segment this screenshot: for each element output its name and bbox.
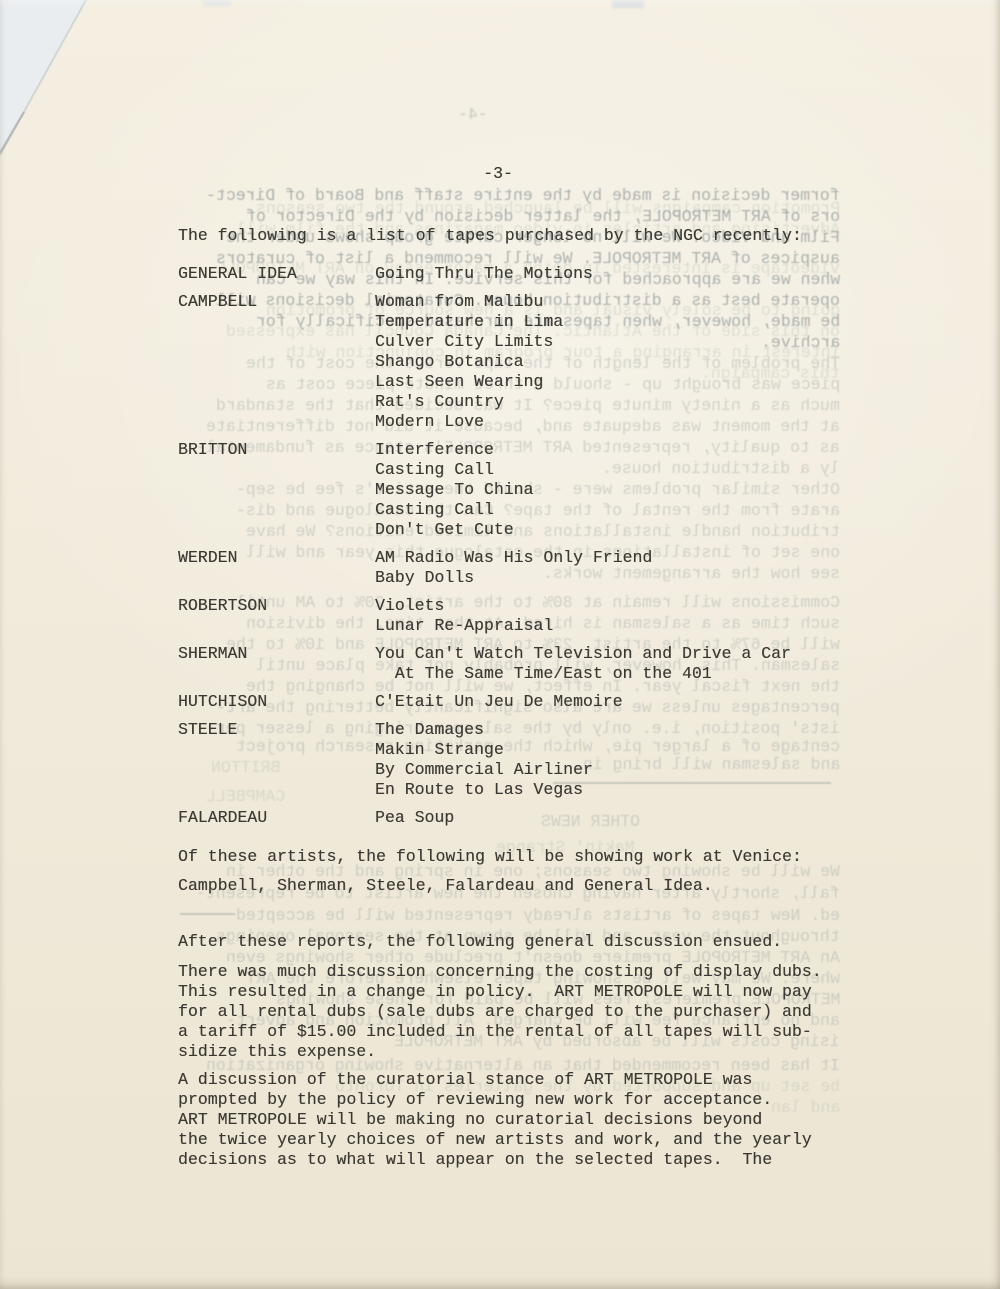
paragraph: A discussion of the curatorial stance of… [178, 1070, 812, 1170]
paragraphs: Of these artists, the following will be … [0, 0, 1000, 1289]
paragraph: Of these artists, the following will be … [178, 842, 802, 900]
paragraph: There was much discussion concerning the… [178, 962, 822, 1062]
paragraph: After these reports, the following gener… [178, 932, 782, 952]
scan-edge-mark [612, 0, 644, 8]
scanned-document-page: former decision is made by the entire st… [0, 0, 1000, 1289]
scan-edge-mark-2 [203, 0, 231, 6]
